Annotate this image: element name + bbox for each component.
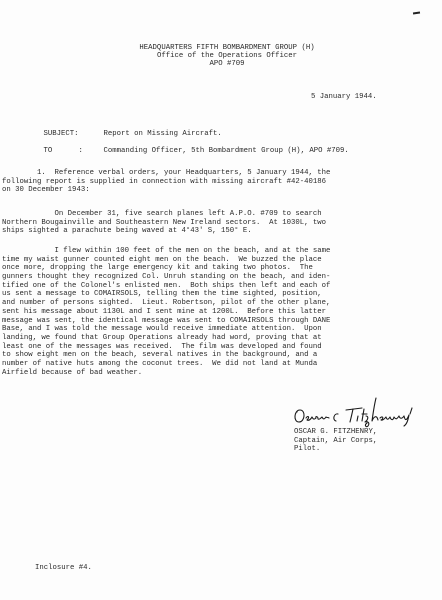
paragraph-line: 1. Reference verbal orders, your Headqua… — [2, 169, 362, 178]
letterhead: HEADQUARTERS FIFTH BOMBARDMENT GROUP (H)… — [0, 44, 442, 68]
handwritten-signature — [290, 396, 440, 428]
paragraph-line: message was sent, the identical message … — [2, 317, 362, 326]
to-label: TO : — [44, 147, 104, 155]
paragraph-line: gunners thought they recognized Col. Unr… — [2, 273, 362, 282]
subject-label: SUBJECT: — [44, 130, 104, 138]
letterhead-office: Office of the Operations Officer — [12, 52, 442, 60]
signer-rank: Captain, Air Corps, — [294, 437, 377, 446]
paragraph-line: once more, dropping the large emergency … — [2, 264, 362, 273]
signer-name: OSCAR G. FITZHENRY, — [294, 428, 377, 437]
paragraph-line: time my waist gunner counted eight men o… — [2, 256, 362, 265]
paragraph-line: number of native huts among the coconut … — [2, 360, 362, 369]
to-line: TO :Commanding Officer, 5th Bombardment … — [26, 139, 349, 163]
stray-ink-mark — [413, 12, 420, 15]
signer-role: Pilot. — [294, 445, 377, 454]
paragraph-2: On December 31, five search planes left … — [2, 210, 362, 236]
document-page: HEADQUARTERS FIFTH BOMBARDMENT GROUP (H)… — [0, 0, 442, 600]
paragraph-line: ships sighted a parachute being waved at… — [2, 227, 362, 236]
paragraph-line: Airfield because of bad weather. — [2, 369, 362, 378]
paragraph-line: least one of the messages was received. … — [2, 343, 362, 352]
paragraph-line: sent his message about 1130L and I sent … — [2, 308, 362, 317]
letterhead-apo: APO #709 — [12, 60, 442, 68]
paragraph-line: landing, we found that Group Operations … — [2, 334, 362, 343]
paragraph-line: On December 31, five search planes left … — [2, 210, 362, 219]
paragraph-3: I flew within 100 feet of the men on the… — [2, 247, 362, 377]
paragraph-line: on 30 December 1943: — [2, 186, 362, 195]
inclosure-note: Inclosure #4. — [35, 564, 92, 572]
document-date: 5 January 1944. — [311, 93, 377, 101]
paragraph-line: and number of persons sighted. Lieut. Ro… — [2, 299, 362, 308]
paragraph-1: 1. Reference verbal orders, your Headqua… — [2, 169, 362, 195]
to-value: Commanding Officer, 5th Bombardment Grou… — [104, 147, 349, 155]
paragraph-line: tified one of the Colonel's enlisted men… — [2, 282, 362, 291]
paragraph-line: following report is supplied in connecti… — [2, 178, 362, 187]
paragraph-line: us sent a message to COMAIRSOLS, telling… — [2, 290, 362, 299]
paragraph-line: to show eight men on the beach, several … — [2, 351, 362, 360]
signature-block: OSCAR G. FITZHENRY, Captain, Air Corps, … — [294, 428, 377, 454]
paragraph-line: Base, and I was told the message would r… — [2, 325, 362, 334]
subject-value: Report on Missing Aircraft. — [104, 130, 222, 138]
letterhead-org: HEADQUARTERS FIFTH BOMBARDMENT GROUP (H) — [12, 44, 442, 52]
paragraph-line: I flew within 100 feet of the men on the… — [2, 247, 362, 256]
